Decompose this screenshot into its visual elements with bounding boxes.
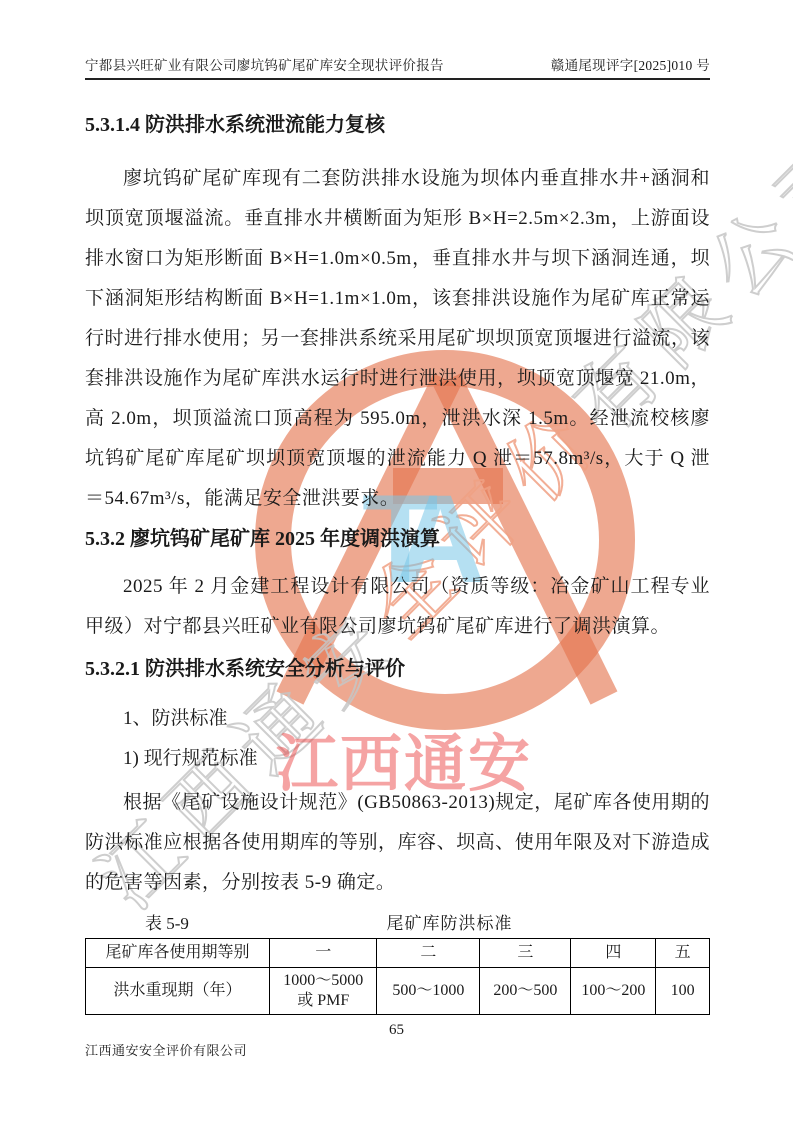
table-cell-value-3: 200～500 xyxy=(480,968,571,1015)
paragraph-flood-routing: 2025 年 2 月金建工程设计有限公司（资质等级：冶金矿山工程专业甲级）对宁都… xyxy=(85,567,710,647)
header-rule xyxy=(85,78,710,80)
table-cell-value-1: 1000～5000 或 PMF xyxy=(270,968,377,1015)
page-number: 65 xyxy=(0,1022,793,1039)
header-doc-number: 赣通尾现评字[2025]010 号 xyxy=(551,54,710,74)
document-page: 江西通安全评价有限公司 TA 江西通安 宁都县兴旺矿业有限公司廖坑钨矿尾矿库安全… xyxy=(0,0,793,1122)
table-header-row: 尾矿库各使用期等别 一 二 三 四 五 xyxy=(86,939,710,968)
table-cell-row-label: 洪水重现期（年） xyxy=(86,968,270,1015)
table-header-grade-1: 一 xyxy=(270,939,377,968)
table-header-grade-5: 五 xyxy=(656,939,710,968)
header-report-title: 宁都县兴旺矿业有限公司廖坑钨矿尾矿库安全现状评价报告 xyxy=(85,54,444,74)
heading-5-3-2-1: 5.3.2.1 防洪排水系统安全分析与评价 xyxy=(85,656,710,683)
table-caption: 表 5-9 尾矿库防洪标准 xyxy=(85,909,710,934)
page-header: 宁都县兴旺矿业有限公司廖坑钨矿尾矿库安全现状评价报告 赣通尾现评字[2025]0… xyxy=(85,54,710,74)
table-cell-value-2: 500～1000 xyxy=(377,968,480,1015)
table-header-grade-2: 二 xyxy=(377,939,480,968)
table-caption-label: 表 5-9 xyxy=(145,909,189,934)
table-cell-value-4: 100～200 xyxy=(571,968,656,1015)
table-header-grade-3: 三 xyxy=(480,939,571,968)
table-row: 洪水重现期（年） 1000～5000 或 PMF 500～1000 200～50… xyxy=(86,968,710,1015)
heading-5-3-1-4: 5.3.1.4 防洪排水系统泄流能力复核 xyxy=(85,112,710,139)
table-caption-title: 尾矿库防洪标准 xyxy=(189,909,710,934)
paragraph-code-basis: 根据《尾矿设施设计规范》(GB50863-2013)规定，尾矿库各使用期的防洪标… xyxy=(85,783,710,903)
page-content: 5.3.1.4 防洪排水系统泄流能力复核 廖坑钨矿尾矿库现有二套防洪排水设施为坝… xyxy=(85,100,710,1015)
table-header-grade: 尾矿库各使用期等别 xyxy=(86,939,270,968)
table-header-grade-4: 四 xyxy=(571,939,656,968)
heading-5-3-2: 5.3.2 廖坑钨矿尾矿库 2025 年度调洪演算 xyxy=(85,526,710,553)
list-item-flood-standard: 1、防洪标准 xyxy=(85,699,710,739)
table-cell-value-5: 100 xyxy=(656,968,710,1015)
footer-company: 江西通安安全评价有限公司 xyxy=(85,1040,247,1059)
flood-standard-table: 尾矿库各使用期等别 一 二 三 四 五 洪水重现期（年） 1000～5000 或… xyxy=(85,938,710,1015)
list-item-current-code: 1) 现行规范标准 xyxy=(85,739,710,779)
paragraph-discharge-check: 廖坑钨矿尾矿库现有二套防洪排水设施为坝体内垂直排水井+涵洞和坝顶宽顶堰溢流。垂直… xyxy=(85,159,710,519)
